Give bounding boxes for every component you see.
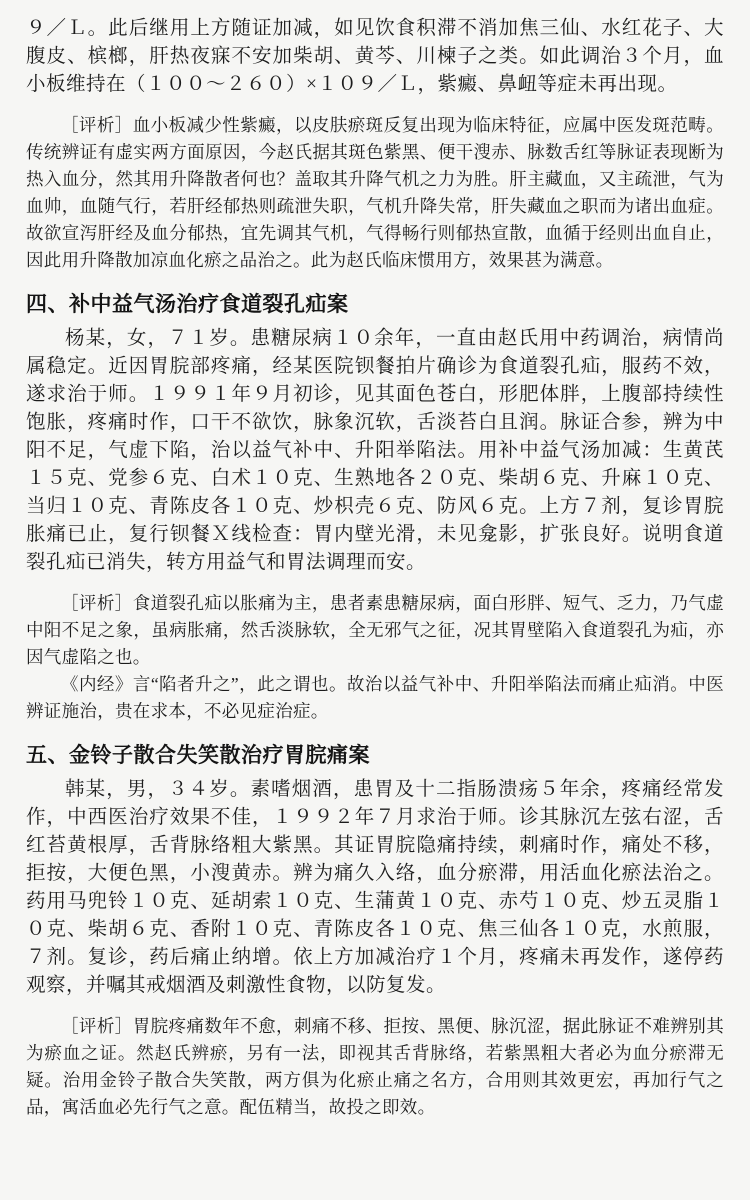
commentary-text: 血小板减少性紫癜，以皮肤瘀斑反复出现为临床特征，应属中医发斑范畴。传统辨证有虚实… [26, 115, 724, 270]
commentary-label: ［评析］ [61, 115, 133, 135]
commentary-paragraph-2: ［评析］食道裂孔疝以胀痛为主，患者素患糖尿病，面白形胖、短气、乏力，乃气虚中阳不… [26, 590, 724, 671]
paragraph-continuation: ９／Ｌ。此后继用上方随证加减，如见饮食积滞不消加焦三仙、水红花子、大腹皮、槟榔，… [26, 15, 724, 99]
section-heading-4: 四、补中益气汤治疗食道裂孔疝案 [26, 291, 724, 318]
case-paragraph-4: 杨某，女，７１岁。患糖尿病１０余年，一直由赵氏用中药调治，病情尚属稳定。近因胃脘… [26, 325, 724, 577]
commentary-label: ［评析］ [61, 1016, 133, 1036]
commentary-paragraph-2-continued: 《内经》言“陷者升之”，此之谓也。故治以益气补中、升阳举陷法而痛止疝消。中医辨证… [26, 671, 724, 725]
commentary-paragraph-3: ［评析］胃脘疼痛数年不愈，刺痛不移、拒按、黑便、脉沉涩，据此脉证不难辨别其为瘀血… [26, 1013, 724, 1121]
commentary-label: ［评析］ [61, 593, 133, 613]
commentary-paragraph-1: ［评析］血小板减少性紫癜，以皮肤瘀斑反复出现为临床特征，应属中医发斑范畴。传统辨… [26, 112, 724, 274]
section-heading-5: 五、金铃子散合失笑散治疗胃脘痛案 [26, 742, 724, 769]
case-paragraph-5: 韩某，男，３４岁。素嗜烟酒，患胃及十二指肠溃疡５年余，疼痛经常发作，中西医治疗效… [26, 776, 724, 1000]
document-page: ９／Ｌ。此后继用上方随证加减，如见饮食积滞不消加焦三仙、水红花子、大腹皮、槟榔，… [0, 0, 750, 1200]
